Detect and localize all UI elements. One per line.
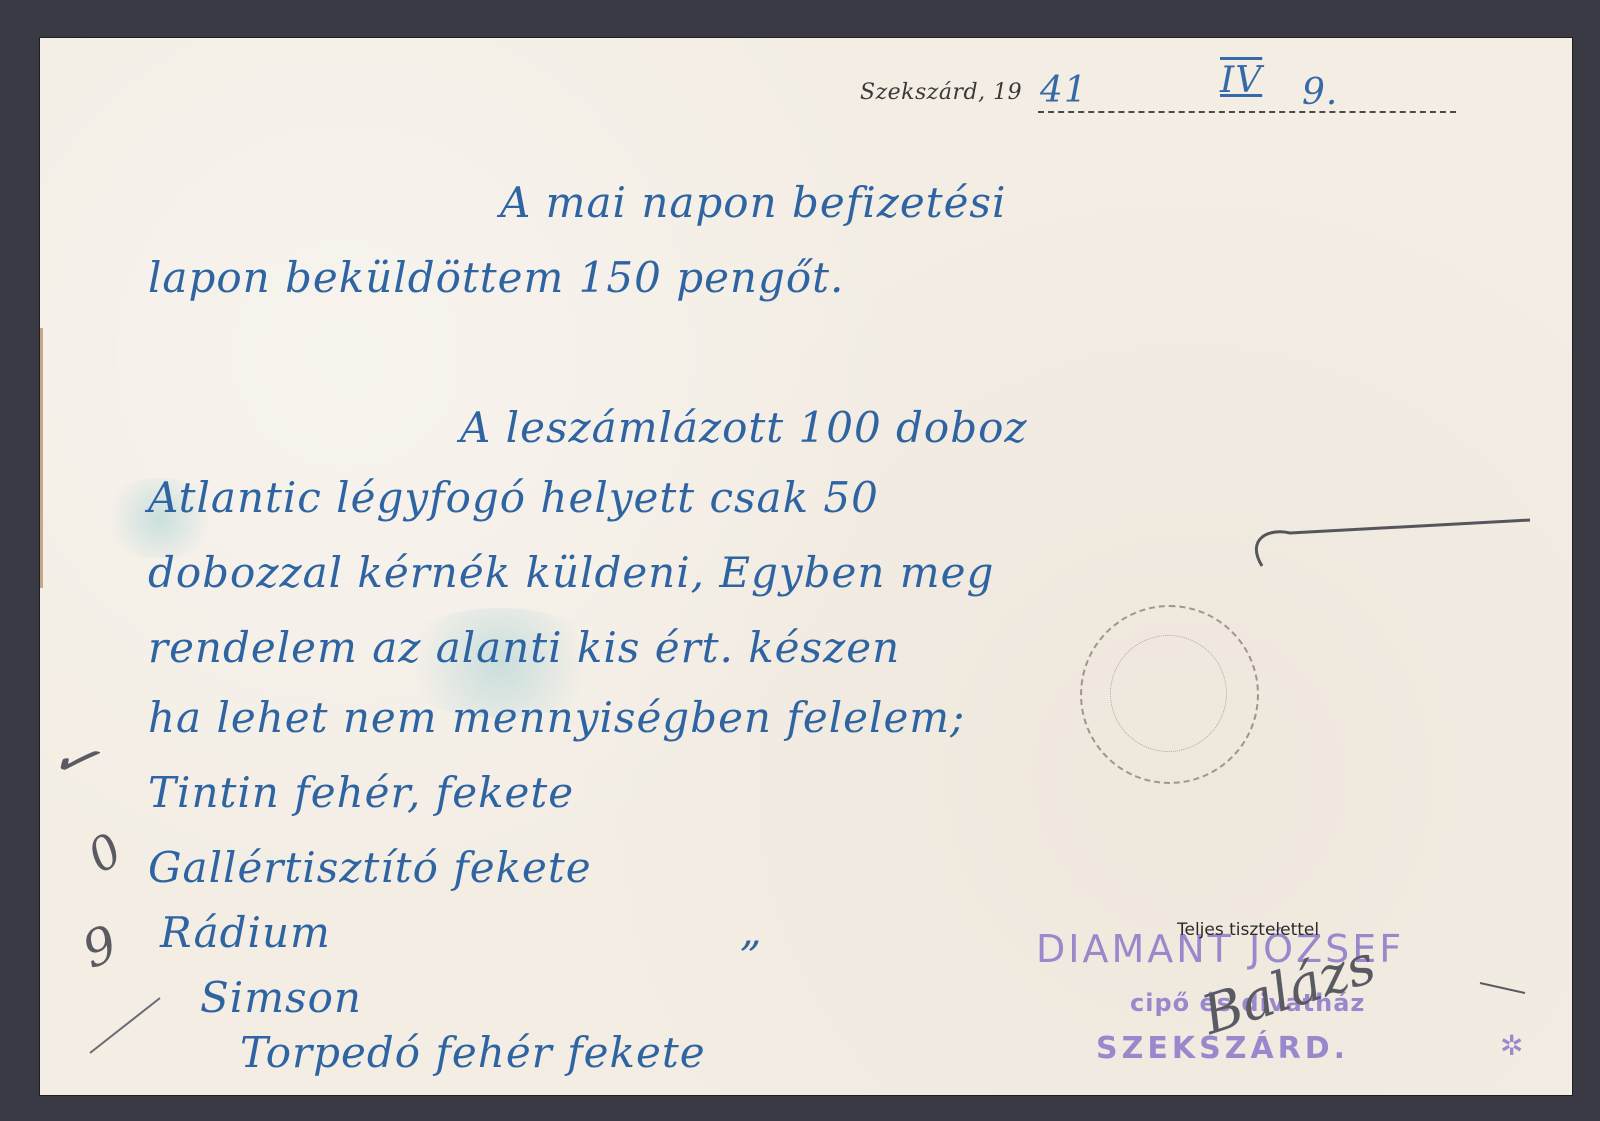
pencil-note-zero: 0 — [78, 822, 130, 883]
stamp-ornament: ✲ — [1500, 1029, 1523, 1062]
postcard: Szekszárd, 19 41 IV 9. A mai napon befiz… — [40, 38, 1572, 1095]
printed-closing: Teljes tisztelettel — [1177, 920, 1319, 940]
message-line: Simson — [200, 973, 362, 1022]
pencil-margin-stroke — [90, 998, 160, 1053]
ditto-mark: „ — [740, 906, 763, 955]
message-line: dobozzal kérnék küldeni, Egyben meg — [148, 548, 994, 597]
handwritten-month: IV — [1220, 60, 1262, 101]
message-line: ha lehet nem mennyiségben felelem; — [148, 693, 965, 742]
message-line: Atlantic légyfogó helyett csak 50 — [148, 473, 879, 522]
message-line: A mai napon befizetési — [500, 178, 1006, 227]
message-line: Tintin fehér, fekete — [148, 768, 574, 817]
printed-place-date-label: Szekszárd, 19 — [860, 80, 1022, 105]
pencil-bracket-line — [1256, 520, 1530, 566]
message-line: Gallértisztító fekete — [148, 843, 592, 892]
handwritten-year: 41 — [1040, 70, 1088, 111]
date-dotted-line — [1038, 111, 1456, 113]
pencil-check-mark: ✓ — [43, 722, 107, 797]
message-line: A leszámlázott 100 doboz — [460, 403, 1028, 452]
message-line: Torpedó fehér fekete — [240, 1028, 706, 1077]
postmark-circle — [1080, 605, 1259, 784]
message-line: rendelem az alanti kis ért. készen — [148, 623, 900, 672]
message-line: lapon beküldöttem 150 pengőt. — [148, 253, 844, 302]
card-edge-stain — [40, 328, 43, 588]
message-line: Rádium — [160, 908, 331, 957]
handwritten-day: 9. — [1302, 72, 1338, 113]
pencil-note-nine: 9 — [75, 914, 125, 979]
postmark-inner-ring — [1110, 635, 1227, 752]
